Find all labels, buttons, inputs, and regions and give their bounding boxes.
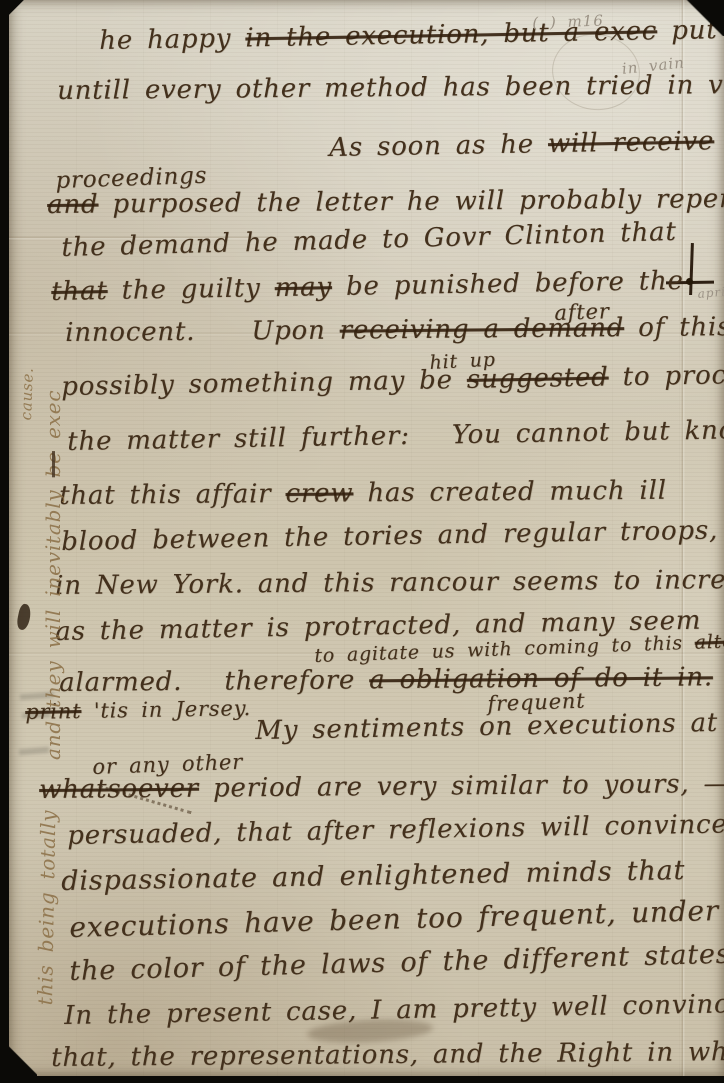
handwritten-text: of this (624, 312, 724, 343)
paper-sheet: he happy in the execution, but a exec pu… (9, 0, 724, 1076)
manuscript-line-2: untill every other method has been tried… (57, 70, 724, 106)
manuscript-line-22: In the present case, I am pretty well co… (64, 989, 724, 1031)
handwritten-text: 'tis in Jersey. (81, 696, 251, 723)
cross-mark-icon (689, 243, 693, 295)
handwritten-text: the color of the laws of the different s… (69, 939, 724, 987)
handwritten-text: untill every other method has been tried… (57, 70, 724, 106)
struck-text: and (47, 190, 99, 220)
manuscript-line-21: the color of the laws of the different s… (69, 939, 724, 987)
manuscript-line-23: that, the representations, and the Right… (51, 1037, 724, 1073)
marginal-note-upper: and they will inevitably be exec (41, 390, 65, 760)
handwritten-text: ( ) m16 (532, 12, 604, 32)
handwritten-text: in New York. and this rancour seems to i… (55, 565, 724, 601)
handwritten-text: this being totally (33, 809, 60, 1005)
handwritten-text: the (714, 125, 724, 156)
handwritten-text: In the present case, I am pretty well co… (64, 989, 724, 1031)
ink-blot (686, 278, 693, 285)
manuscript-line-4: and purposed the letter he will probably… (47, 184, 724, 220)
manuscript-line-7: innocent. Upon receiving a demand of thi… (65, 312, 724, 348)
manuscript-line-5: the demand he made to Govr Clinton that (61, 217, 677, 263)
handwritten-text: the matter still further: You cannot but… (67, 415, 724, 457)
handwritten-text: possibly something may be (61, 365, 467, 402)
handwritten-text: period are very similar to yours, — I am (199, 768, 724, 803)
marginal-note-outer: cause. (17, 367, 37, 421)
struck-text: will receive (548, 126, 715, 159)
struck-text: that (51, 276, 108, 307)
pencil-annotation-top-right: ( ) m16 (532, 12, 604, 32)
manuscript-line-17: whatsoever period are very similar to yo… (39, 768, 724, 805)
struck-text: be (41, 451, 65, 477)
handwritten-text: blood between the tories and regular tro… (61, 516, 718, 557)
handwritten-text: that this affair (59, 479, 286, 511)
handwritten-text: purposed the letter he will probably rep… (98, 184, 724, 220)
handwritten-text: persuaded, that after reflexions will co… (67, 809, 724, 851)
manuscript-line-20: executions have been too frequent, under (69, 894, 719, 944)
struck-text: altern (694, 630, 724, 654)
handwritten-text: that, the representations, and the Right… (51, 1037, 724, 1073)
struck-text: whatsoever (39, 774, 199, 805)
manuscript-line-19: dispassionate and enlightened minds that (61, 855, 685, 897)
manuscript-line-12: in New York. and this rancour seems to i… (55, 565, 724, 601)
handwritten-text: he happy (99, 23, 246, 56)
struck-text: receiving a demand (340, 313, 625, 345)
handwritten-text: innocent. Upon (65, 316, 340, 348)
manuscript-line-1: he happy in the execution, but a exec pu… (99, 11, 724, 56)
manuscript-line-16: My sentiments on executions at this (255, 707, 724, 746)
edge-ink-blot (15, 603, 32, 631)
manuscript-line-9: the matter still further: You cannot but… (67, 415, 724, 457)
manuscript-line-11: blood between the tories and regular tro… (61, 516, 718, 557)
handwritten-text: As soon as he (329, 129, 548, 163)
struck-text: crew (285, 478, 353, 509)
handwritten-text: the guilty (107, 273, 275, 306)
manuscript-line-14: alarmed. therefore a obligation of do it… (59, 662, 713, 698)
marginal-note-lower: this being totally (33, 809, 60, 1005)
handwritten-text: the demand he made to Govr Clinton that (61, 217, 677, 263)
scanned-manuscript-page: he happy in the execution, but a exec pu… (0, 0, 724, 1083)
handwritten-text: put (in the execut (657, 11, 724, 46)
handwritten-text: My sentiments on executions at this (255, 707, 724, 746)
handwritten-text: cause. (17, 367, 37, 421)
manuscript-line-18: persuaded, that after reflexions will co… (67, 809, 724, 851)
handwritten-text: to procrastinate (608, 358, 724, 392)
handwritten-text: exec (41, 390, 65, 452)
handwritten-text: executions have been too frequent, under (69, 894, 719, 944)
handwritten-text: april (697, 284, 724, 301)
struck-text: may (274, 272, 332, 303)
handwritten-text: and they will inevitably (41, 477, 65, 760)
handwritten-text: alarmed. therefore (59, 665, 369, 698)
handwritten-text: be punished before the (332, 266, 684, 302)
struck-text: suggested (467, 362, 609, 394)
manuscript-line-3: As soon as he will receive the (329, 125, 724, 163)
handwritten-text: has created much ill (353, 476, 667, 509)
pencil-annotation-april: april (697, 284, 724, 301)
handwritten-text: dispassionate and enlightened minds that (61, 855, 685, 897)
manuscript-line-8: possibly something may be suggested to p… (61, 358, 724, 402)
manuscript-line-10: that this affair crew has created much i… (59, 476, 667, 511)
